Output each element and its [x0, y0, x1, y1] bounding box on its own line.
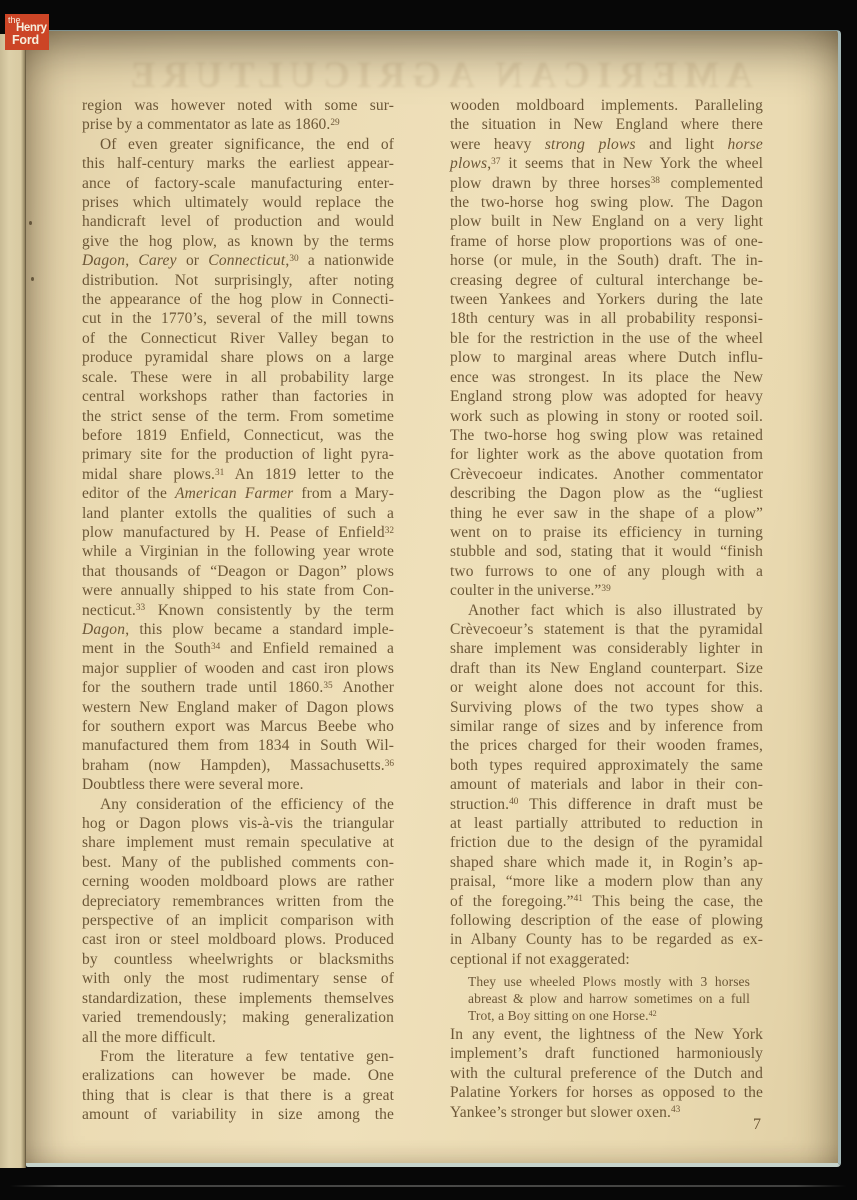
text-line: in Albany County has to be regarded as e… — [450, 930, 763, 949]
text-line: perspective of an implicit comparison wi… — [82, 911, 394, 930]
text-line: standardization, these implements themse… — [82, 989, 394, 1008]
text-line: In any event, the lightness of the New Y… — [450, 1025, 763, 1044]
text-line: amount of materials and labor in their c… — [450, 775, 763, 794]
text-line: eralizations can however be made. One — [82, 1066, 394, 1085]
text-line: Crèvecoeur indicates. Another commentato… — [450, 465, 763, 484]
text-line: Dagon, this plow became a standard imple… — [82, 620, 394, 639]
text-line: Dagon, Carey or Connecticut,30 a nationw… — [82, 251, 394, 270]
page-number: 7 — [450, 1116, 761, 1134]
text-line: were annually shipped to his state from … — [82, 581, 394, 600]
text-line: two furrows to one of any plough with a — [450, 562, 763, 581]
text-line: were heavy strong plows and light horse — [450, 135, 763, 154]
text-column-left: region was however noted with some sur-p… — [82, 96, 394, 1125]
text-line: hog or Dagon plows vis-à-vis the triangu… — [82, 814, 394, 833]
text-line: stubble and sod, stating that it would “… — [450, 542, 763, 561]
text-line: Another fact which is also illustrated b… — [450, 601, 763, 620]
text-line: work such as plowing in stony or rooted … — [450, 407, 763, 426]
text-line: Of even greater significance, the end of — [82, 135, 394, 154]
text-line: the two-horse hog swing plow. The Dagon — [450, 193, 763, 212]
text-line: plow to marginal areas where Dutch influ… — [450, 348, 763, 367]
text-line: ance of factory-scale manufacturing ente… — [82, 174, 394, 193]
text-line: ceptional if not exaggerated: — [450, 950, 763, 969]
text-line: for southern export was Marcus Beebe who — [82, 717, 394, 736]
text-line: amount of variability in size among the — [82, 1105, 394, 1124]
text-line: the prices charged for their wooden fram… — [450, 736, 763, 755]
text-line: cerning wooden moldboard plows are rathe… — [82, 872, 394, 891]
text-line: frame of horse plow proportions was of o… — [450, 232, 763, 251]
text-line: Palatine Yorkers for horses as opposed t… — [450, 1083, 763, 1102]
text-line: both types required approximately the sa… — [450, 756, 763, 775]
text-line: plow manufactured by H. Pease of Enfield… — [82, 523, 394, 542]
text-line: prises which ultimately would replace th… — [82, 193, 394, 212]
text-line: of the foregoing.”41 This being the case… — [450, 892, 763, 911]
text-line: with only the most rudimentary sense of — [82, 969, 394, 988]
text-line: give the hog plow, as known by the terms — [82, 232, 394, 251]
ink-speck — [29, 221, 32, 225]
text-line: for lighter work as the above quotation … — [450, 445, 763, 464]
text-line: praisal, “more like a modern plow than a… — [450, 872, 763, 891]
text-line: cast iron or steel moldboard plows. Prod… — [82, 930, 394, 949]
text-line: best. Many of the published comments con… — [82, 853, 394, 872]
text-line: coulter in the universe.”39 — [450, 581, 763, 600]
text-line: draft than its New England counterpart. … — [450, 659, 763, 678]
text-line: this half-century marks the earliest app… — [82, 154, 394, 173]
text-column-right: wooden moldboard implements. Paralleling… — [450, 96, 763, 1122]
text-line: of the Connecticut River Valley began to — [82, 329, 394, 348]
text-line: braham (now Hampden), Massachusetts.36 — [82, 756, 394, 775]
text-line: midal share plows.31 An 1819 letter to t… — [82, 465, 394, 484]
text-line: plow built in New England on a very ligh… — [450, 212, 763, 231]
text-line: shaped share which made it, in Rogin’s a… — [450, 853, 763, 872]
text-line: implement’s draft functioned harmoniousl… — [450, 1044, 763, 1063]
henry-ford-logo: the Henry Ford — [5, 14, 49, 50]
text-line: From the literature a few tentative gen- — [82, 1047, 394, 1066]
text-line: share implement was considerably lighter… — [450, 639, 763, 658]
text-line: handicraft level of production and would — [82, 212, 394, 231]
text-line: for the southern trade until 1860.35 Ano… — [82, 678, 394, 697]
text-line: primary site for the production of light… — [82, 445, 394, 464]
text-line: the situation in New England where there — [450, 115, 763, 134]
text-line: thing he ever saw in the shape of a plow… — [450, 504, 763, 523]
logo-text-ford: Ford — [12, 34, 39, 47]
text-line: Crèvecoeur’s statement is that the pyram… — [450, 620, 763, 639]
text-line: following description of the ease of plo… — [450, 911, 763, 930]
text-line: scale. These were in all probability lar… — [82, 368, 394, 387]
blockquote-line: abreast & plow and harrow sometimes on a… — [450, 991, 763, 1008]
text-line: varied tremendously; making generalizati… — [82, 1008, 394, 1027]
text-line: horse (or mule, in the South) draft. The… — [450, 251, 763, 270]
text-line: western New England maker of Dagon plows — [82, 698, 394, 717]
text-line: distribution. Not surprisingly, after no… — [82, 271, 394, 290]
text-line: central workshops rather than factories … — [82, 387, 394, 406]
text-line: friction due to the design of the pyrami… — [450, 833, 763, 852]
text-line: struction.40 This difference in draft mu… — [450, 795, 763, 814]
scan-background: { "brand": { "the": "the", "henry": "Hen… — [0, 0, 857, 1200]
text-line: editor of the American Farmer from a Mar… — [82, 484, 394, 503]
text-line: 18th century was in all probability resp… — [450, 309, 763, 328]
text-line: Any consideration of the efficiency of t… — [82, 795, 394, 814]
text-line: similar range of sizes and by inference … — [450, 717, 763, 736]
text-line: that thousands of “Deagon or Dagon” plow… — [82, 562, 394, 581]
text-line: at least partially attributed to reducti… — [450, 814, 763, 833]
text-line: region was however noted with some sur- — [82, 96, 394, 115]
scanner-bed-line — [10, 1185, 846, 1187]
text-line: with the cultural preference of the Dutc… — [450, 1064, 763, 1083]
ghost-heading-showthrough: AMERICAN AGRICULTURE — [95, 54, 781, 98]
text-line: cut in the 1770’s, several of the mill t… — [82, 309, 394, 328]
text-line: wooden moldboard implements. Paralleling — [450, 96, 763, 115]
text-line: necticut.33 Known consistently by the te… — [82, 601, 394, 620]
text-line: land planter extolls the qualities of su… — [82, 504, 394, 523]
text-line: The two-horse hog swing plow was retaine… — [450, 426, 763, 445]
text-line: ment in the South34 and Enfield remained… — [82, 639, 394, 658]
text-line: the strict sense of the term. From somet… — [82, 407, 394, 426]
text-line: creasing degree of cultural interchange … — [450, 271, 763, 290]
text-line: Surviving plows of the two types show a — [450, 698, 763, 717]
text-line: major supplier of wooden and cast iron p… — [82, 659, 394, 678]
blockquote-line: Trot, a Boy sitting on one Horse.42 — [450, 1008, 763, 1025]
text-line: before 1819 Enfield, Connecticut, was th… — [82, 426, 394, 445]
text-line: depreciatory remembrances written from t… — [82, 892, 394, 911]
text-line: prise by a commentator as late as 1860.2… — [82, 115, 394, 134]
text-line: all the more difficult. — [82, 1028, 394, 1047]
text-line: thing that is clear is that there is a g… — [82, 1086, 394, 1105]
text-line: tween Yankees and Yorkers during the lat… — [450, 290, 763, 309]
ink-speck — [31, 277, 34, 281]
text-line: produce pyramidal share plows on a large — [82, 348, 394, 367]
text-line: by countless wheelwrights or blacksmiths — [82, 950, 394, 969]
text-line: Doubtless there were several more. — [82, 775, 394, 794]
text-line: ble for the restriction in the use of th… — [450, 329, 763, 348]
text-line: or weight alone does not account for thi… — [450, 678, 763, 697]
text-line: share implement must remain speculative … — [82, 833, 394, 852]
blockquote-line: They use wheeled Plows mostly with 3 hor… — [450, 974, 763, 991]
text-line: describing the Dagon plow as the “uglies… — [450, 484, 763, 503]
prior-page-edge — [0, 34, 26, 1168]
text-line: England strong plow was adopted for heav… — [450, 387, 763, 406]
text-line: plow drawn by three horses38 complemente… — [450, 174, 763, 193]
text-line: the appearance of the hog plow in Connec… — [82, 290, 394, 309]
text-line: ence was strongest. In its place the New — [450, 368, 763, 387]
text-line: plows,37 it seems that in New York the w… — [450, 154, 763, 173]
text-line: manufactured them from 1834 in South Wil… — [82, 736, 394, 755]
text-line: while a Virginian in the following year … — [82, 542, 394, 561]
text-line: went on to praise its efficiency in turn… — [450, 523, 763, 542]
